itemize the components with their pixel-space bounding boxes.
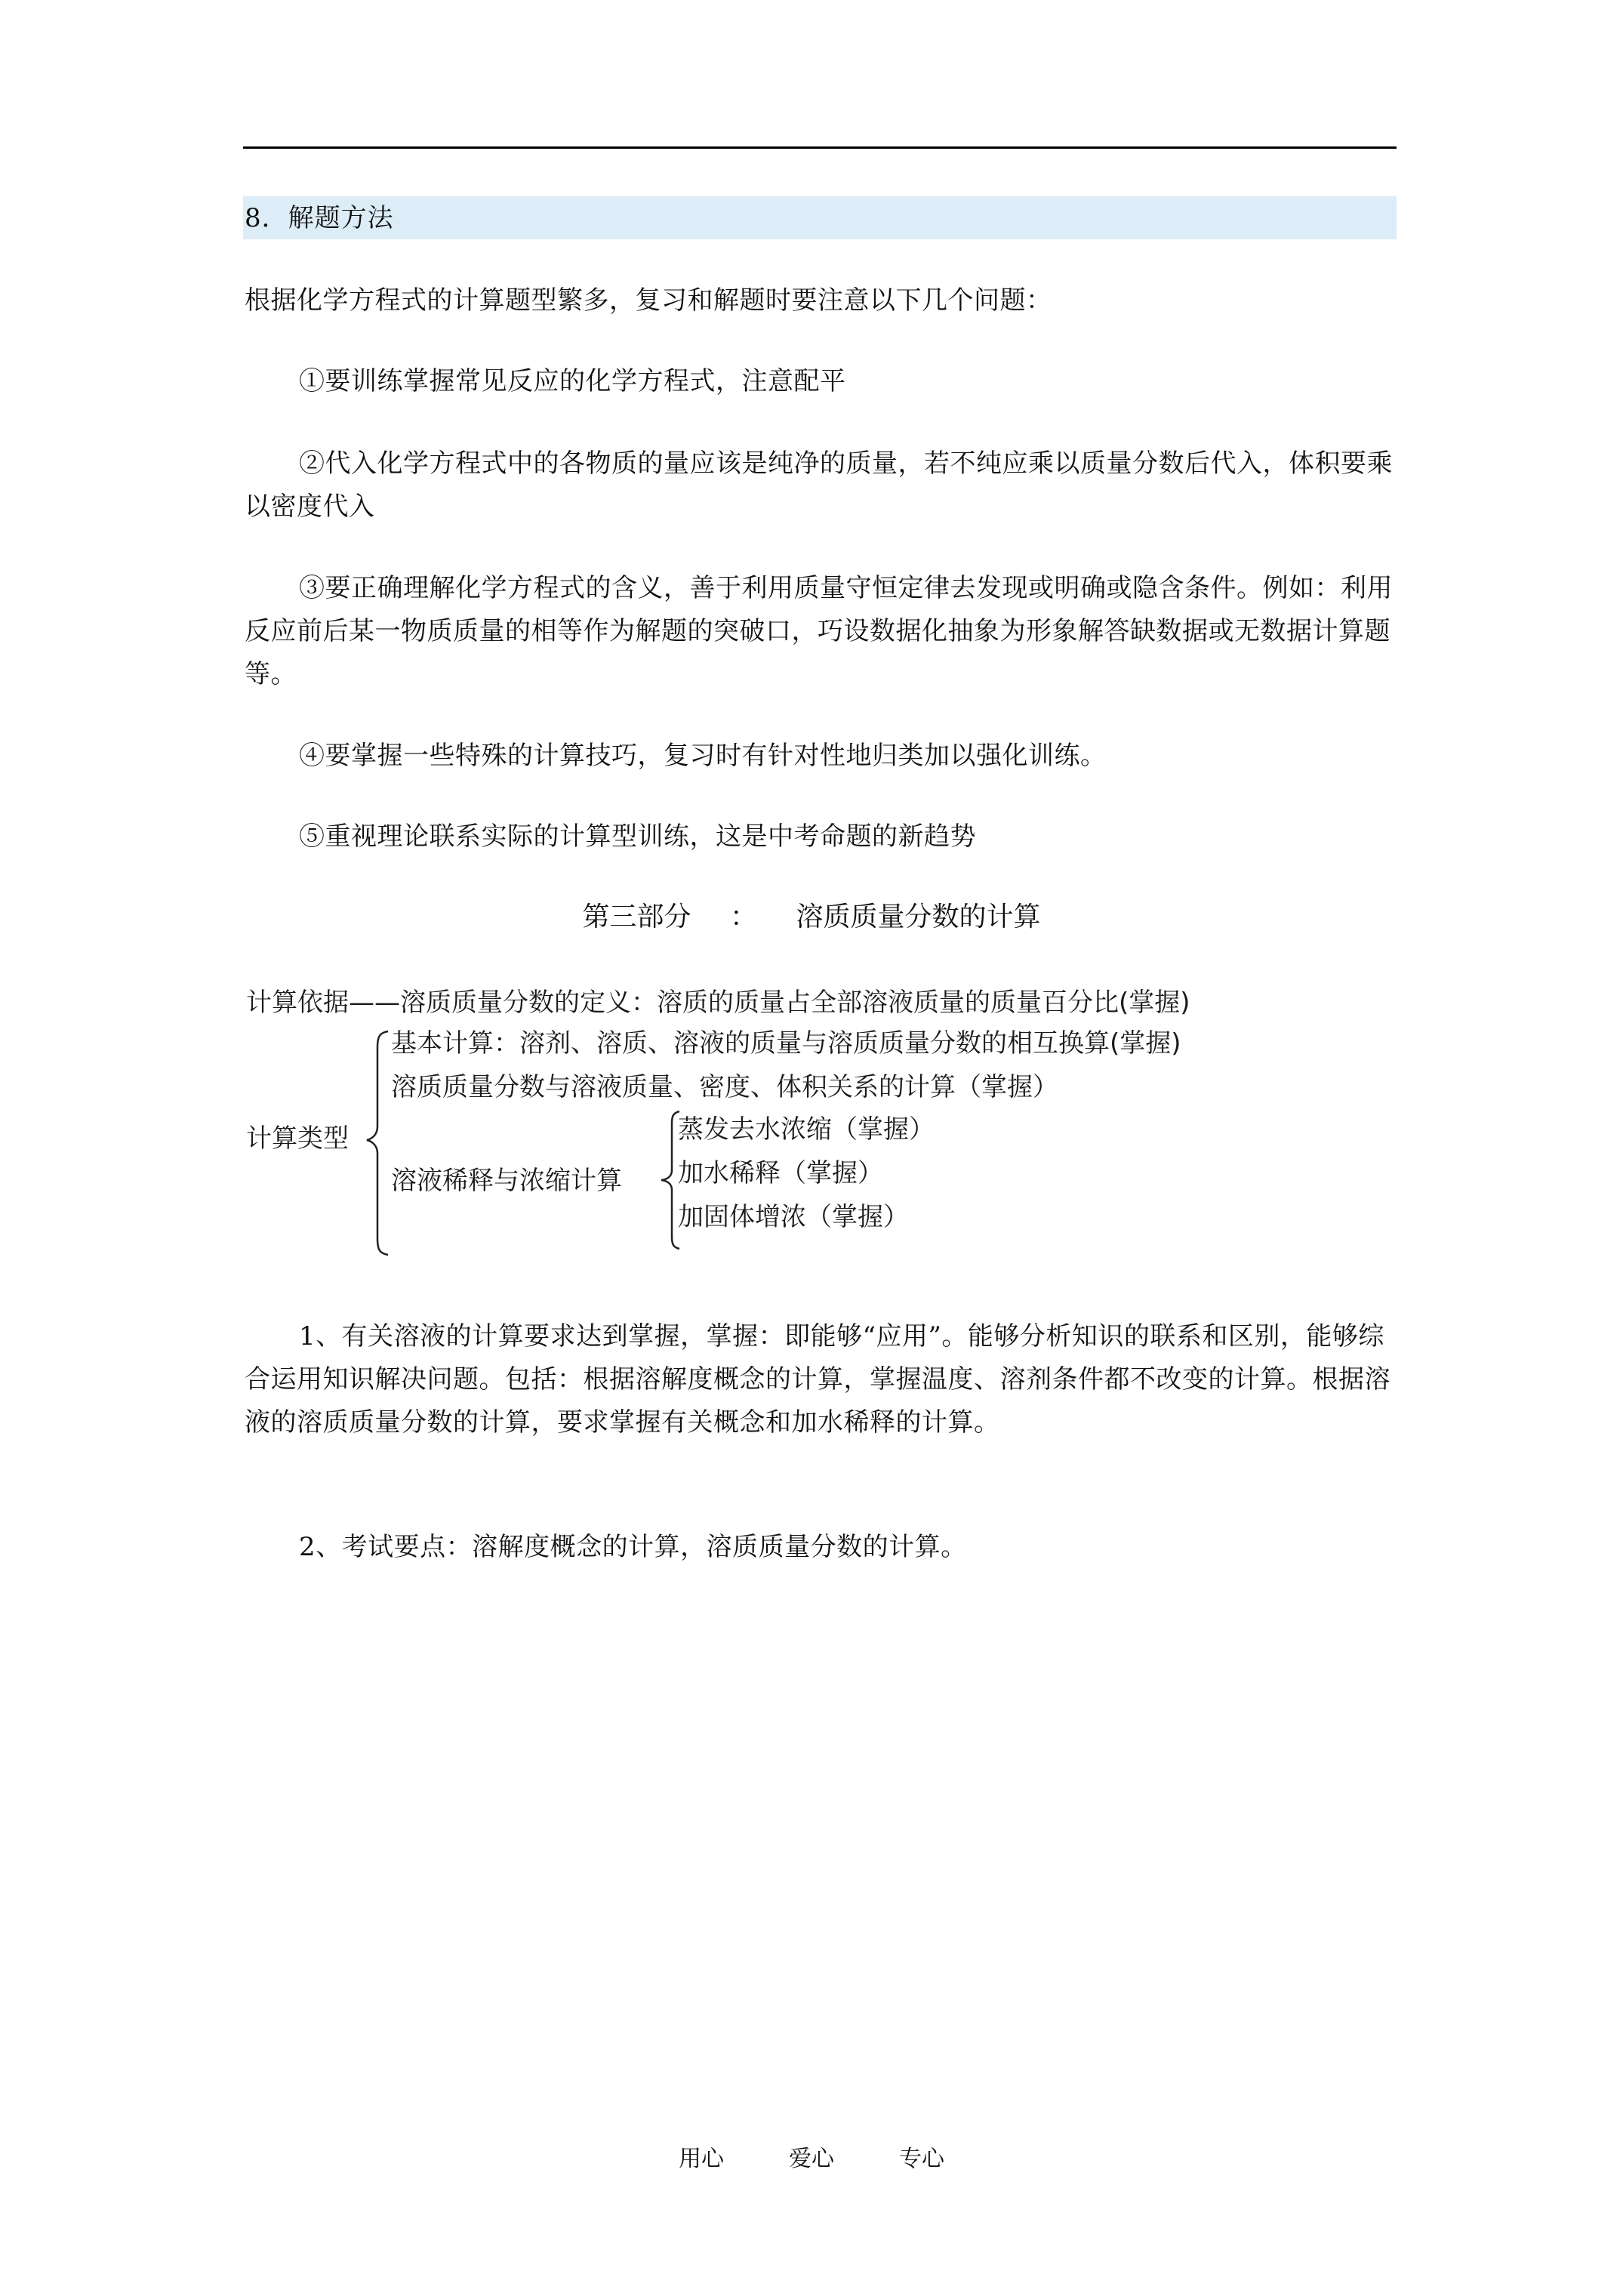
diagram-basis: 计算依据——溶质质量分数的定义：溶质的质量占全部溶液质量的质量百分比(掌握)	[246, 986, 1190, 1019]
footer-item: 专心	[899, 2144, 944, 2174]
diagram-type-density: 溶质质量分数与溶液质量、密度、体积关系的计算（掌握）	[391, 1071, 1058, 1104]
point-text: 要正确理解化学方程式的含义，善于利用质量守恒定律去发现或明确或隐含条件。例如：利…	[245, 573, 1393, 689]
heading-number: 8．	[245, 203, 288, 233]
section-colon: ：	[730, 901, 757, 932]
point-text: 要训练掌握常见反应的化学方程式，注意配平	[325, 366, 846, 396]
point-text: 重视理论联系实际的计算型训练，这是中考命题的新趋势	[325, 821, 977, 852]
section-title-text: 溶质质量分数的计算	[796, 901, 1040, 932]
calculation-concept-diagram: 计算依据——溶质质量分数的定义：溶质的质量占全部溶液质量的质量百分比(掌握) 计…	[243, 982, 1345, 1268]
point-marker: ④	[299, 741, 325, 771]
heading-highlight-band	[243, 196, 1397, 239]
diagram-types-label: 计算类型	[246, 1122, 349, 1155]
header-rule	[243, 146, 1397, 149]
point-text: 代入化学方程式中的各物质的量应该是纯净的质量，若不纯应乘以质量分数后代入，体积要…	[245, 448, 1393, 522]
document-page: 8．解题方法 根据化学方程式的计算题型繁多，复习和解题时要注意以下几个问题： ①…	[0, 0, 1623, 2296]
point-3: ③要正确理解化学方程式的含义，善于利用质量守恒定律去发现或明确或隐含条件。例如：…	[245, 567, 1400, 696]
diagram-type-basic: 基本计算：溶剂、溶质、溶液的质量与溶质质量分数的相互换算(掌握)	[391, 1027, 1181, 1060]
point-5: ⑤重视理论联系实际的计算型训练，这是中考命题的新趋势	[245, 815, 1400, 858]
diagram-dilution-label: 溶液稀释与浓缩计算	[391, 1164, 622, 1197]
left-brace-icon	[365, 1030, 391, 1256]
footer-item: 爱心	[789, 2144, 834, 2174]
intro-paragraph: 根据化学方程式的计算题型繁多，复习和解题时要注意以下几个问题：	[245, 279, 1400, 322]
requirement-paragraph-2: 2、考试要点：溶解度概念的计算，溶质质量分数的计算。	[245, 1526, 1400, 1569]
requirement-paragraph-1: 1、有关溶液的计算要求达到掌握，掌握：即能够“应用”。能够分析知识的联系和区别，…	[245, 1315, 1400, 1444]
point-marker: ⑤	[299, 821, 325, 852]
point-marker: ②	[299, 448, 325, 479]
diagram-dilution-evaporate: 蒸发去水浓缩（掌握）	[678, 1113, 935, 1146]
section-title: 第三部分 ： 溶质质量分数的计算	[0, 898, 1623, 936]
point-2: ②代入化学方程式中的各物质的量应该是纯净的质量，若不纯应乘以质量分数后代入，体积…	[245, 442, 1400, 529]
diagram-dilution-add-water: 加水稀释（掌握）	[678, 1157, 883, 1190]
diagram-dilution-add-solute: 加固体增浓（掌握）	[678, 1200, 909, 1234]
footer-item: 用心	[679, 2144, 724, 2174]
section-heading: 8．解题方法	[245, 201, 394, 236]
point-marker: ①	[299, 366, 325, 396]
page-footer: 用心爱心专心	[0, 2144, 1623, 2174]
section-part: 第三部分	[583, 901, 691, 932]
point-marker: ③	[299, 573, 325, 603]
point-4: ④要掌握一些特殊的计算技巧，复习时有针对性地归类加以强化训练。	[245, 735, 1400, 778]
point-text: 要掌握一些特殊的计算技巧，复习时有针对性地归类加以强化训练。	[325, 741, 1107, 771]
heading-title: 解题方法	[288, 203, 394, 233]
point-1: ①要训练掌握常见反应的化学方程式，注意配平	[245, 360, 1400, 403]
